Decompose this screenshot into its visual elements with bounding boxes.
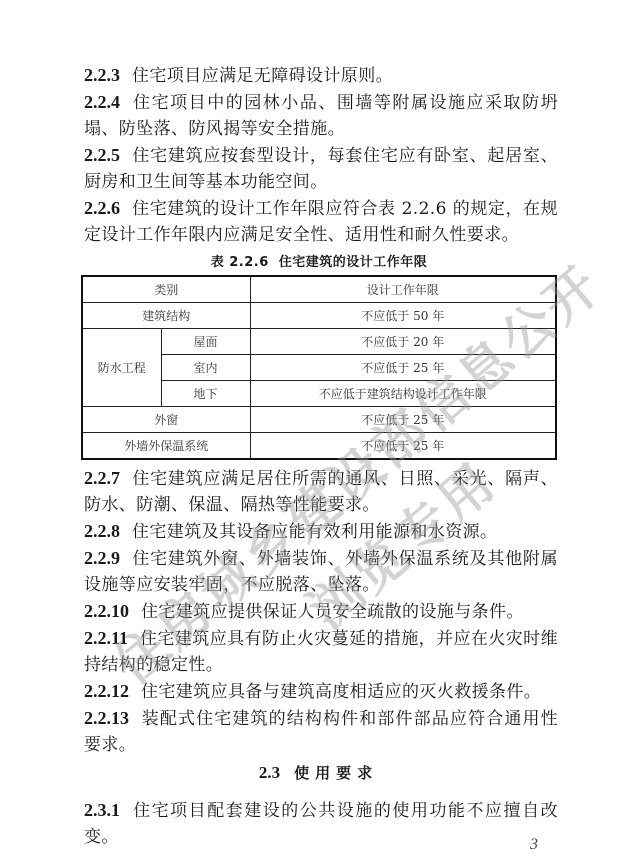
clause-number: 2.2.8 — [84, 521, 120, 541]
clause-2-2-6: 2.2.6住宅建筑的设计工作年限应符合表 2.2.6 的规定，在规定设计工作年限… — [84, 195, 558, 248]
clause-text: 住宅项目中的园林小品、围墙等附属设施应采取防坍塌、防坠落、防风揭等安全措施。 — [84, 93, 558, 139]
clause-2-2-7: 2.2.7住宅建筑应满足居住所需的通风、日照、采光、隔声、防水、防潮、保温、隔热… — [84, 465, 558, 518]
cell-category: 建筑结构 — [82, 303, 250, 329]
cell-limit: 不应低于 25 年 — [250, 355, 556, 381]
clause-2-3-1: 2.3.1住宅项目配套建设的公共设施的使用功能不应擅自改变。 — [84, 797, 558, 850]
document-page: 2.2.3住宅项目应满足无障碍设计原则。 2.2.4住宅项目中的园林小品、围墙等… — [0, 0, 637, 868]
clause-number: 2.2.9 — [84, 548, 120, 568]
table-caption-title: 住宅建筑的设计工作年限 — [279, 255, 428, 270]
section-number: 2.3 — [259, 763, 280, 782]
clause-block-middle: 2.2.7住宅建筑应满足居住所需的通风、日照、采光、隔声、防水、防潮、保温、隔热… — [84, 465, 558, 758]
cell-limit: 不应低于 20 年 — [250, 329, 556, 355]
cell-subcategory: 室内 — [161, 355, 250, 381]
clause-number: 2.2.7 — [84, 468, 120, 488]
clause-2-2-8: 2.2.8住宅建筑及其设备应能有效利用能源和水资源。 — [84, 518, 558, 545]
section-heading: 2.3使用要求 — [0, 762, 637, 783]
clause-2-2-3: 2.2.3住宅项目应满足无障碍设计原则。 — [84, 62, 558, 89]
table-row: 外墙外保温系统 不应低于 25 年 — [82, 433, 556, 460]
clause-block-top: 2.2.3住宅项目应满足无障碍设计原则。 2.2.4住宅项目中的园林小品、围墙等… — [84, 62, 558, 248]
header-category: 类别 — [82, 276, 250, 303]
clause-number: 2.2.6 — [84, 198, 120, 218]
clause-2-2-11: 2.2.11住宅建筑应具有防止火灾蔓延的措施，并应在火灾时维持结构的稳定性。 — [84, 625, 558, 678]
clause-text: 装配式住宅建筑的结构构件和部件部品应符合通用性要求。 — [84, 709, 558, 755]
cell-subcategory: 屋面 — [161, 329, 250, 355]
clause-number: 2.2.5 — [84, 145, 120, 165]
clause-number: 2.2.3 — [84, 65, 120, 85]
clause-text: 住宅建筑应按套型设计，每套住宅应有卧室、起居室、厨房和卫生间等基本功能空间。 — [84, 146, 558, 192]
clause-number: 2.2.10 — [84, 601, 129, 621]
cell-group-waterproof: 防水工程 — [82, 329, 161, 407]
cell-category: 外窗 — [82, 407, 250, 433]
clause-number: 2.2.12 — [84, 681, 129, 701]
clause-text: 住宅建筑及其设备应能有效利用能源和水资源。 — [132, 522, 497, 542]
cell-limit: 不应低于 25 年 — [250, 433, 556, 460]
clause-text: 住宅项目配套建设的公共设施的使用功能不应擅自改变。 — [84, 801, 558, 847]
design-life-table: 类别 设计工作年限 建筑结构 不应低于 50 年 防水工程 屋面 不应低于 20… — [81, 275, 557, 460]
clause-2-2-4: 2.2.4住宅项目中的园林小品、围墙等附属设施应采取防坍塌、防坠落、防风揭等安全… — [84, 89, 558, 142]
table-header-row: 类别 设计工作年限 — [82, 276, 556, 303]
clause-number: 2.2.11 — [84, 628, 128, 648]
cell-category: 外墙外保温系统 — [82, 433, 250, 460]
clause-2-2-13: 2.2.13装配式住宅建筑的结构构件和部件部品应符合通用性要求。 — [84, 705, 558, 758]
clause-number: 2.3.1 — [84, 800, 120, 820]
table-row: 建筑结构 不应低于 50 年 — [82, 303, 556, 329]
clause-text: 住宅建筑应满足居住所需的通风、日照、采光、隔声、防水、防潮、保温、隔热等性能要求… — [84, 469, 558, 515]
clause-number: 2.2.13 — [84, 708, 129, 728]
clause-2-2-12: 2.2.12住宅建筑应具备与建筑高度相适应的灭火救援条件。 — [84, 678, 558, 705]
cell-limit: 不应低于建筑结构设计工作年限 — [250, 381, 556, 407]
table-row: 防水工程 屋面 不应低于 20 年 — [82, 329, 556, 355]
clause-2-2-5: 2.2.5住宅建筑应按套型设计，每套住宅应有卧室、起居室、厨房和卫生间等基本功能… — [84, 142, 558, 195]
clause-text: 住宅项目应满足无障碍设计原则。 — [132, 66, 393, 86]
clause-text: 住宅建筑应提供保证人员安全疏散的设施与条件。 — [141, 602, 524, 622]
cell-limit: 不应低于 25 年 — [250, 407, 556, 433]
page-number: 3 — [530, 836, 538, 854]
clause-text: 住宅建筑应具备与建筑高度相适应的灭火救援条件。 — [141, 682, 541, 702]
table-caption: 表 2.2.6住宅建筑的设计工作年限 — [81, 251, 557, 270]
clause-text: 住宅建筑外窗、外墙装饰、外墙外保温系统及其他附属设施等应安装牢固，不应脱落、坠落… — [84, 549, 558, 595]
clause-2-2-9: 2.2.9住宅建筑外窗、外墙装饰、外墙外保温系统及其他附属设施等应安装牢固，不应… — [84, 545, 558, 598]
clause-text: 住宅建筑应具有防止火灾蔓延的措施，并应在火灾时维持结构的稳定性。 — [84, 629, 558, 675]
cell-limit: 不应低于 50 年 — [250, 303, 556, 329]
table-caption-number: 表 2.2.6 — [211, 255, 269, 270]
clause-number: 2.2.4 — [84, 92, 120, 112]
header-limit: 设计工作年限 — [250, 276, 556, 303]
clause-2-2-10: 2.2.10住宅建筑应提供保证人员安全疏散的设施与条件。 — [84, 598, 558, 625]
cell-subcategory: 地下 — [161, 381, 250, 407]
clause-text: 住宅建筑的设计工作年限应符合表 2.2.6 的规定，在规定设计工作年限内应满足安… — [84, 199, 558, 245]
table-row: 外窗 不应低于 25 年 — [82, 407, 556, 433]
clause-block-bottom: 2.3.1住宅项目配套建设的公共设施的使用功能不应擅自改变。 — [84, 797, 558, 850]
section-title: 使用要求 — [294, 764, 378, 782]
